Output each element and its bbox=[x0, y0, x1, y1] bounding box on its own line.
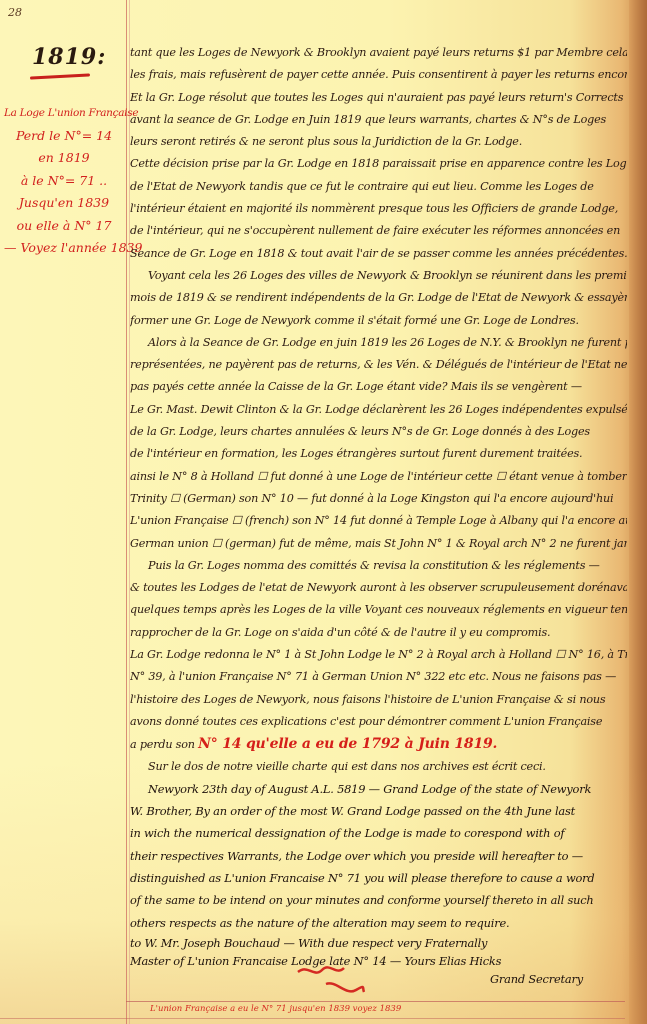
text-line-english: of the same to be intend on your minutes… bbox=[130, 889, 627, 911]
text-fragment: a perdu son bbox=[130, 738, 195, 751]
year-heading: 1819: bbox=[32, 44, 106, 70]
margin-note-line: à le N°= 71 .. bbox=[4, 170, 124, 193]
manuscript-page: 28 1819: La Loge L'union Française Perd … bbox=[0, 0, 647, 1024]
bottom-rule bbox=[126, 1001, 625, 1002]
text-line: l'intérieur étaient en majorité ils nomm… bbox=[130, 198, 627, 220]
red-highlight-text: N° 14 qu'elle a eu de 1792 à Juin 1819. bbox=[198, 736, 497, 752]
text-line: Voyant cela les 26 Loges des villes de N… bbox=[130, 265, 627, 287]
text-line-english: W. Brother, By an order of the most W. G… bbox=[130, 800, 627, 822]
text-line-english: others respects as the nature of the alt… bbox=[130, 912, 627, 934]
text-line: représentées, ne payèrent pas de returns… bbox=[130, 354, 627, 376]
margin-note-line: La Loge L'union Française bbox=[4, 102, 124, 125]
bottom-rule-secondary bbox=[0, 1018, 625, 1019]
text-line: Alors à la Seance de Gr. Lodge en juin 1… bbox=[130, 332, 627, 354]
text-line: l'histoire des Loges de Newyork, nous fa… bbox=[130, 689, 627, 711]
text-line: N° 39, à l'union Française N° 71 à Germa… bbox=[130, 666, 627, 688]
text-line: Et la Gr. Loge résolut que toutes les Lo… bbox=[130, 87, 627, 109]
margin-rule bbox=[126, 0, 127, 1024]
text-line-english: distinguished as L'union Francaise N° 71… bbox=[130, 867, 627, 889]
text-line-highlight: a perdu son N° 14 qu'elle a eu de 1792 à… bbox=[130, 733, 627, 755]
text-line: de l'Etat de Newyork tandis que ce fut l… bbox=[130, 176, 627, 198]
signature-title: Grand Secretary bbox=[130, 970, 627, 988]
text-line: de l'intérieur, qui ne s'occupèrent null… bbox=[130, 220, 627, 242]
text-line-english: in wich the numerical dessignation of th… bbox=[130, 822, 627, 844]
text-line: Puis la Gr. Loges nomma des comittés & r… bbox=[130, 555, 627, 577]
margin-note: La Loge L'union Française Perd le N°= 14… bbox=[4, 102, 124, 260]
manuscript-body: tant que les Loges de Newyork & Brooklyn… bbox=[130, 42, 627, 988]
text-line: leurs seront retirés & ne seront plus so… bbox=[130, 131, 627, 153]
text-line: les frais, mais refusèrent de payer cett… bbox=[130, 64, 627, 86]
text-line: & toutes les Lodges de l'etat de Newyork… bbox=[130, 577, 627, 599]
text-line: Cette décision prise par la Gr. Lodge en… bbox=[130, 153, 627, 175]
text-line: L'union Française ☐ (french) son N° 14 f… bbox=[130, 510, 627, 532]
margin-note-line: ou elle à N° 17 bbox=[4, 215, 124, 238]
text-line-english: Newyork 23th day of August A.L. 5819 — G… bbox=[130, 778, 627, 800]
text-line: ainsi le N° 8 à Holland ☐ fut donné à un… bbox=[130, 466, 627, 488]
text-line: de l'intérieur en formation, les Loges é… bbox=[130, 443, 627, 465]
margin-note-line: — Voyez l'année 1839 bbox=[4, 237, 124, 260]
text-line-english: their respectives Warrants, the Lodge ov… bbox=[130, 845, 627, 867]
text-line: Sur le dos de notre vieille charte qui e… bbox=[130, 756, 627, 778]
text-line-english: to W. Mr. Joseph Bouchaud — With due res… bbox=[130, 934, 627, 952]
red-flourish-icon bbox=[296, 962, 366, 1002]
margin-note-line: Jusqu'en 1839 bbox=[4, 192, 124, 215]
text-line: La Gr. Lodge redonna le N° 1 à St John L… bbox=[130, 644, 627, 666]
text-line: pas payés cette année la Caisse de la Gr… bbox=[130, 376, 627, 398]
text-line-english: Master of L'union Francaise Lodge late N… bbox=[130, 952, 627, 970]
margin-note-line: en 1819 bbox=[4, 147, 124, 170]
year-underline bbox=[30, 73, 90, 79]
text-line: Le Gr. Mast. Dewit Clinton & la Gr. Lodg… bbox=[130, 399, 627, 421]
text-line: avons donné toutes ces explications c'es… bbox=[130, 711, 627, 733]
text-line: German union ☐ (german) fut de même, mai… bbox=[130, 533, 627, 555]
book-spine-shadow bbox=[629, 0, 647, 1024]
page-number: 28 bbox=[8, 6, 22, 19]
margin-note-line: Perd le N°= 14 bbox=[4, 125, 124, 148]
text-line: avant la seance de Gr. Lodge en Juin 181… bbox=[130, 109, 627, 131]
text-line: tant que les Loges de Newyork & Brooklyn… bbox=[130, 42, 627, 64]
text-line: Trinity ☐ (German) son N° 10 — fut donné… bbox=[130, 488, 627, 510]
text-line: quelques temps après les Loges de la vil… bbox=[130, 599, 627, 621]
text-line: mois de 1819 & se rendirent indépendents… bbox=[130, 287, 627, 309]
text-line: de la Gr. Lodge, leurs chartes annulées … bbox=[130, 421, 627, 443]
text-line: Seance de Gr. Loge en 1818 & tout avait … bbox=[130, 243, 627, 265]
text-line: former une Gr. Loge de Newyork comme il … bbox=[130, 310, 627, 332]
text-line: rapprocher de la Gr. Loge on s'aida d'un… bbox=[130, 622, 627, 644]
footer-red-note: L'union Française a eu le N° 71 jusqu'en… bbox=[150, 1004, 401, 1014]
